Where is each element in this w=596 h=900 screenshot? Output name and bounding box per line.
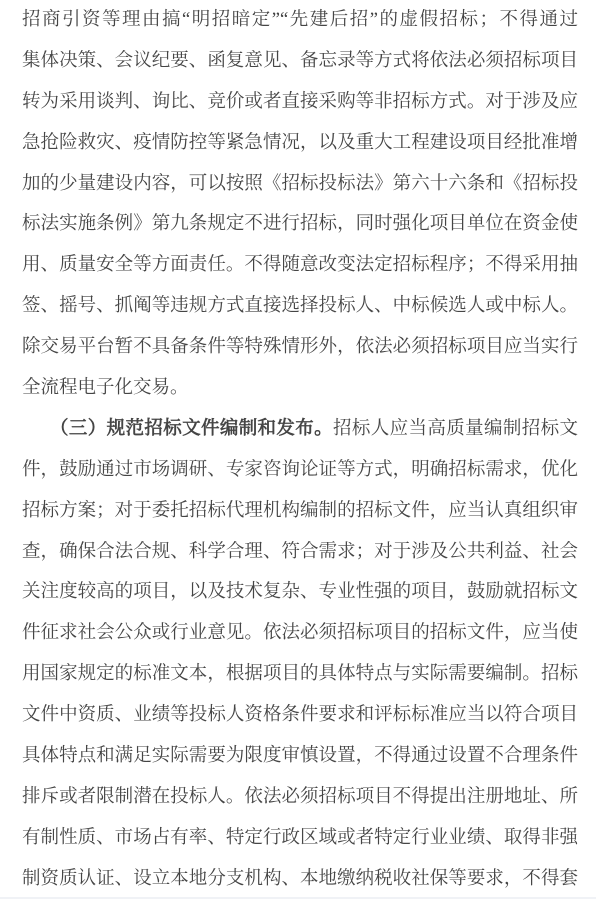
text-line: 用、质量安全等方面责任。不得随意改变法定招标程序；不得采用抽: [22, 245, 578, 286]
text-line: 用国家规定的标准文本，根据项目的具体特点与实际需要编制。招标: [22, 654, 578, 695]
text-line: 具体特点和满足实际需要为限度审慎设置，不得通过设置不合理条件: [22, 736, 578, 777]
text-line: 关注度较高的项目，以及技术复杂、专业性强的项目，鼓励就招标文: [22, 572, 578, 613]
text-line: 转为采用谈判、询比、竞价或者直接采购等非招标方式。对于涉及应: [22, 82, 578, 123]
text-line: 文件中资质、业绩等投标人资格条件要求和评标标准应当以符合项目: [22, 695, 578, 736]
text-line: 招标方案；对于委托招标代理机构编制的招标文件，应当认真组织审: [22, 491, 578, 532]
text-line-continuation: 招标人应当高质量编制招标文: [333, 419, 578, 439]
section-heading: （三）规范招标文件编制和发布。: [50, 419, 333, 439]
text-line: 除交易平台暂不具备条件等特殊情形外，依法必须招标项目应当实行: [22, 327, 578, 368]
text-line: 排斥或者限制潜在投标人。依法必须招标项目不得提出注册地址、所: [22, 777, 578, 818]
text-line: 全流程电子化交易。: [22, 368, 578, 409]
text-line: 制资质认证、设立本地分支机构、本地缴纳税收社保等要求，不得套: [22, 859, 578, 900]
text-line: 集体决策、会议纪要、函复意见、备忘录等方式将依法必须招标项目: [22, 41, 578, 82]
document-page: 招商引资等理由搞“明招暗定”“先建后招”的虚假招标；不得通过 集体决策、会议纪要…: [0, 0, 596, 900]
text-line: 有制性质、市场占有率、特定行政区域或者特定行业业绩、取得非强: [22, 818, 578, 859]
text-line: 查，确保合法合规、科学合理、符合需求；对于涉及公共利益、社会: [22, 532, 578, 573]
bottom-divider: [0, 897, 596, 899]
text-line: 签、摇号、抓阄等违规方式直接选择投标人、中标候选人或中标人。: [22, 286, 578, 327]
text-line: 件征求社会公众或行业意见。依法必须招标项目的招标文件，应当使: [22, 613, 578, 654]
text-line: （三）规范招标文件编制和发布。招标人应当高质量编制招标文: [22, 409, 578, 450]
text-line: 急抢险救灾、疫情防控等紧急情况，以及重大工程建设项目经批准增: [22, 123, 578, 164]
text-line: 加的少量建设内容，可以按照《招标投标法》第六十六条和《招标投: [22, 164, 578, 205]
text-line: 招商引资等理由搞“明招暗定”“先建后招”的虚假招标；不得通过: [22, 0, 578, 41]
text-line: 件，鼓励通过市场调研、专家咨询论证等方式，明确招标需求，优化: [22, 450, 578, 491]
text-line: 标法实施条例》第九条规定不进行招标，同时强化项目单位在资金使: [22, 204, 578, 245]
